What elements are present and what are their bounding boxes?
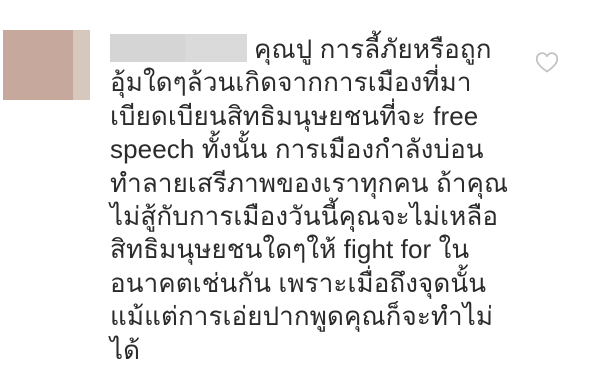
- heart-icon: [533, 48, 561, 76]
- comment-text-line: speech ทั้งนั้น การเมืองกำลังบ่อน: [110, 133, 520, 166]
- comment-text-line: คุณปู การลี้ภัยหรือถูก: [110, 33, 520, 66]
- comment-screen: คุณปู การลี้ภัยหรือถูก อุ้มใดๆล้วนเกิดจา…: [0, 0, 600, 380]
- like-button[interactable]: [533, 47, 563, 77]
- comment-text-line: ทำลายเสรีภาพของเราทุกคน ถ้าคุณ: [110, 167, 520, 200]
- username-redacted[interactable]: [110, 34, 247, 62]
- comment-text-line: อนาคตเช่นกัน เพราะเมื่อถึงจุดนั้น: [110, 267, 520, 300]
- comment-text-line: เบียดเบียนสิทธิมนุษยชนที่จะ free: [110, 100, 520, 133]
- comment-text-line: ได้: [110, 334, 520, 367]
- avatar[interactable]: [3, 30, 90, 100]
- comment-text-line: แม้แต่การเอ่ยปากพูดคุณก็จะทำไม่: [110, 300, 520, 333]
- comment-body: คุณปู การลี้ภัยหรือถูก อุ้มใดๆล้วนเกิดจา…: [110, 33, 520, 367]
- comment-text-line: ไม่สู้กับการเมืองวันนี้คุณจะไม่เหลือ: [110, 200, 520, 233]
- comment-text: คุณปู การลี้ภัยหรือถูก: [254, 34, 492, 64]
- avatar-highlight: [73, 30, 90, 100]
- comment-text-line: สิทธิมนุษยชนใดๆให้ fight for ใน: [110, 233, 520, 266]
- comment-text-line: อุ้มใดๆล้วนเกิดจากการเมืองที่มา: [110, 66, 520, 99]
